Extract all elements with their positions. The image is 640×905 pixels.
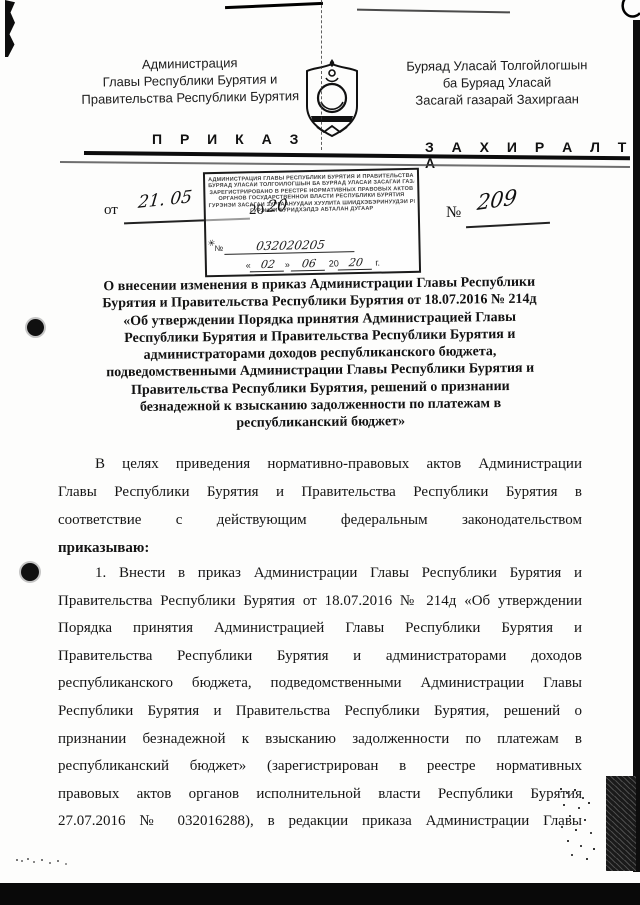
coat-of-arms-icon	[301, 58, 363, 140]
header-column-divider	[321, 0, 322, 150]
body-line: Главы Республики Бурятия и Правительства…	[58, 478, 582, 506]
doc-type-russian: П Р И К А З	[152, 131, 305, 147]
prikazyvayu-line: приказываю:	[58, 534, 582, 562]
stamp-number-value: 032020205	[224, 237, 356, 255]
body-line: республиканский бюджет» (зарегистрирован…	[58, 753, 582, 781]
org-name-buryat: Буряад Уласай Толгойлогшынба Буряад Улас…	[383, 56, 611, 109]
body-line: Правительства Республики Бурятия от 18.0…	[58, 588, 582, 616]
scan-edge-bar-bottom	[0, 883, 640, 905]
scan-wavy-line	[357, 9, 510, 13]
number-label: №	[446, 204, 461, 222]
body-line: В целях приведения нормативно-правовых а…	[58, 450, 582, 478]
year-printed: 20	[249, 202, 264, 219]
scan-curve-mark	[615, 0, 640, 19]
org-name-line: Правительства Республики Бурятия	[64, 87, 316, 108]
registration-stamp: АДМИНИСТРАЦИЯ ГЛАВЫ РЕСПУБЛИКИ БУРЯТИЯ И…	[203, 168, 421, 278]
body-line: Порядка принятия Администрацией Главы Ре…	[58, 615, 582, 643]
stamp-date-suffix: г.	[375, 258, 380, 268]
body-line: Республики Бурятия и Правительства Респу…	[58, 698, 582, 726]
punch-hole-bottom	[21, 563, 39, 581]
body-line: республиканского бюджета, подведомственн…	[58, 670, 582, 698]
date-handwritten: 21. 05	[137, 187, 193, 213]
stamp-date-year: 20	[338, 256, 374, 271]
body-line: соответствие с действующим федеральным з…	[58, 506, 582, 534]
stamp-date-day: 02	[250, 258, 286, 273]
scan-bottom-scribble	[16, 859, 18, 861]
year-handwritten: 20	[266, 195, 288, 216]
body-line: Правительства Республики Бурятия и админ…	[58, 643, 582, 671]
body-line: признании безнадежной к взысканию задолж…	[58, 726, 582, 754]
body-line: 1. Внести в приказ Администрации Главы Р…	[58, 560, 582, 588]
stamp-text: АДМИНИСТРАЦИЯ ГЛАВЫ РЕСПУБЛИКИ БУРЯТИЯ И…	[205, 170, 418, 216]
scan-corner-mark	[5, 0, 15, 57]
stamp-date-month: 06	[291, 257, 327, 272]
scan-pen-line	[225, 2, 323, 9]
scan-edge-bar-right	[633, 20, 640, 872]
scanned-order-page: АдминистрацияГлавы Республики Бурятия иП…	[0, 0, 640, 905]
preamble-lines: В целях приведения нормативно-правовых а…	[58, 450, 582, 534]
scan-edge-bar-right-wide	[606, 776, 636, 871]
number-handwritten: 209	[476, 185, 518, 215]
scan-noise-speckles	[560, 788, 562, 790]
body-line: правовых актов органов исполнительной вл…	[58, 781, 582, 809]
stamp-number-label: №	[214, 244, 223, 253]
org-name-line: Буряад Уласай Толгойлогшын	[383, 56, 611, 75]
body-line: 27.07.2016 № 032016288), в редакции прик…	[58, 808, 582, 836]
date-from-label: от	[104, 202, 118, 219]
stamp-number-row: № 032020205	[214, 236, 410, 255]
org-name-line: Засагай газарай Захиргаан	[383, 90, 611, 109]
punch-hole-top	[27, 319, 44, 336]
org-name-russian: АдминистрацияГлавы Республики Бурятия иП…	[64, 53, 317, 108]
org-name-line: ба Буряад Уласай	[383, 73, 611, 92]
item-1-paragraph: 1. Внести в приказ Администрации Главы Р…	[58, 560, 582, 836]
preamble-paragraph: В целях приведения нормативно-правовых а…	[58, 450, 582, 562]
stamp-date-row: «02» 06 2020 г.	[213, 255, 413, 273]
order-title: О внесении изменения в приказ Администра…	[59, 273, 581, 434]
number-underline	[466, 222, 550, 228]
